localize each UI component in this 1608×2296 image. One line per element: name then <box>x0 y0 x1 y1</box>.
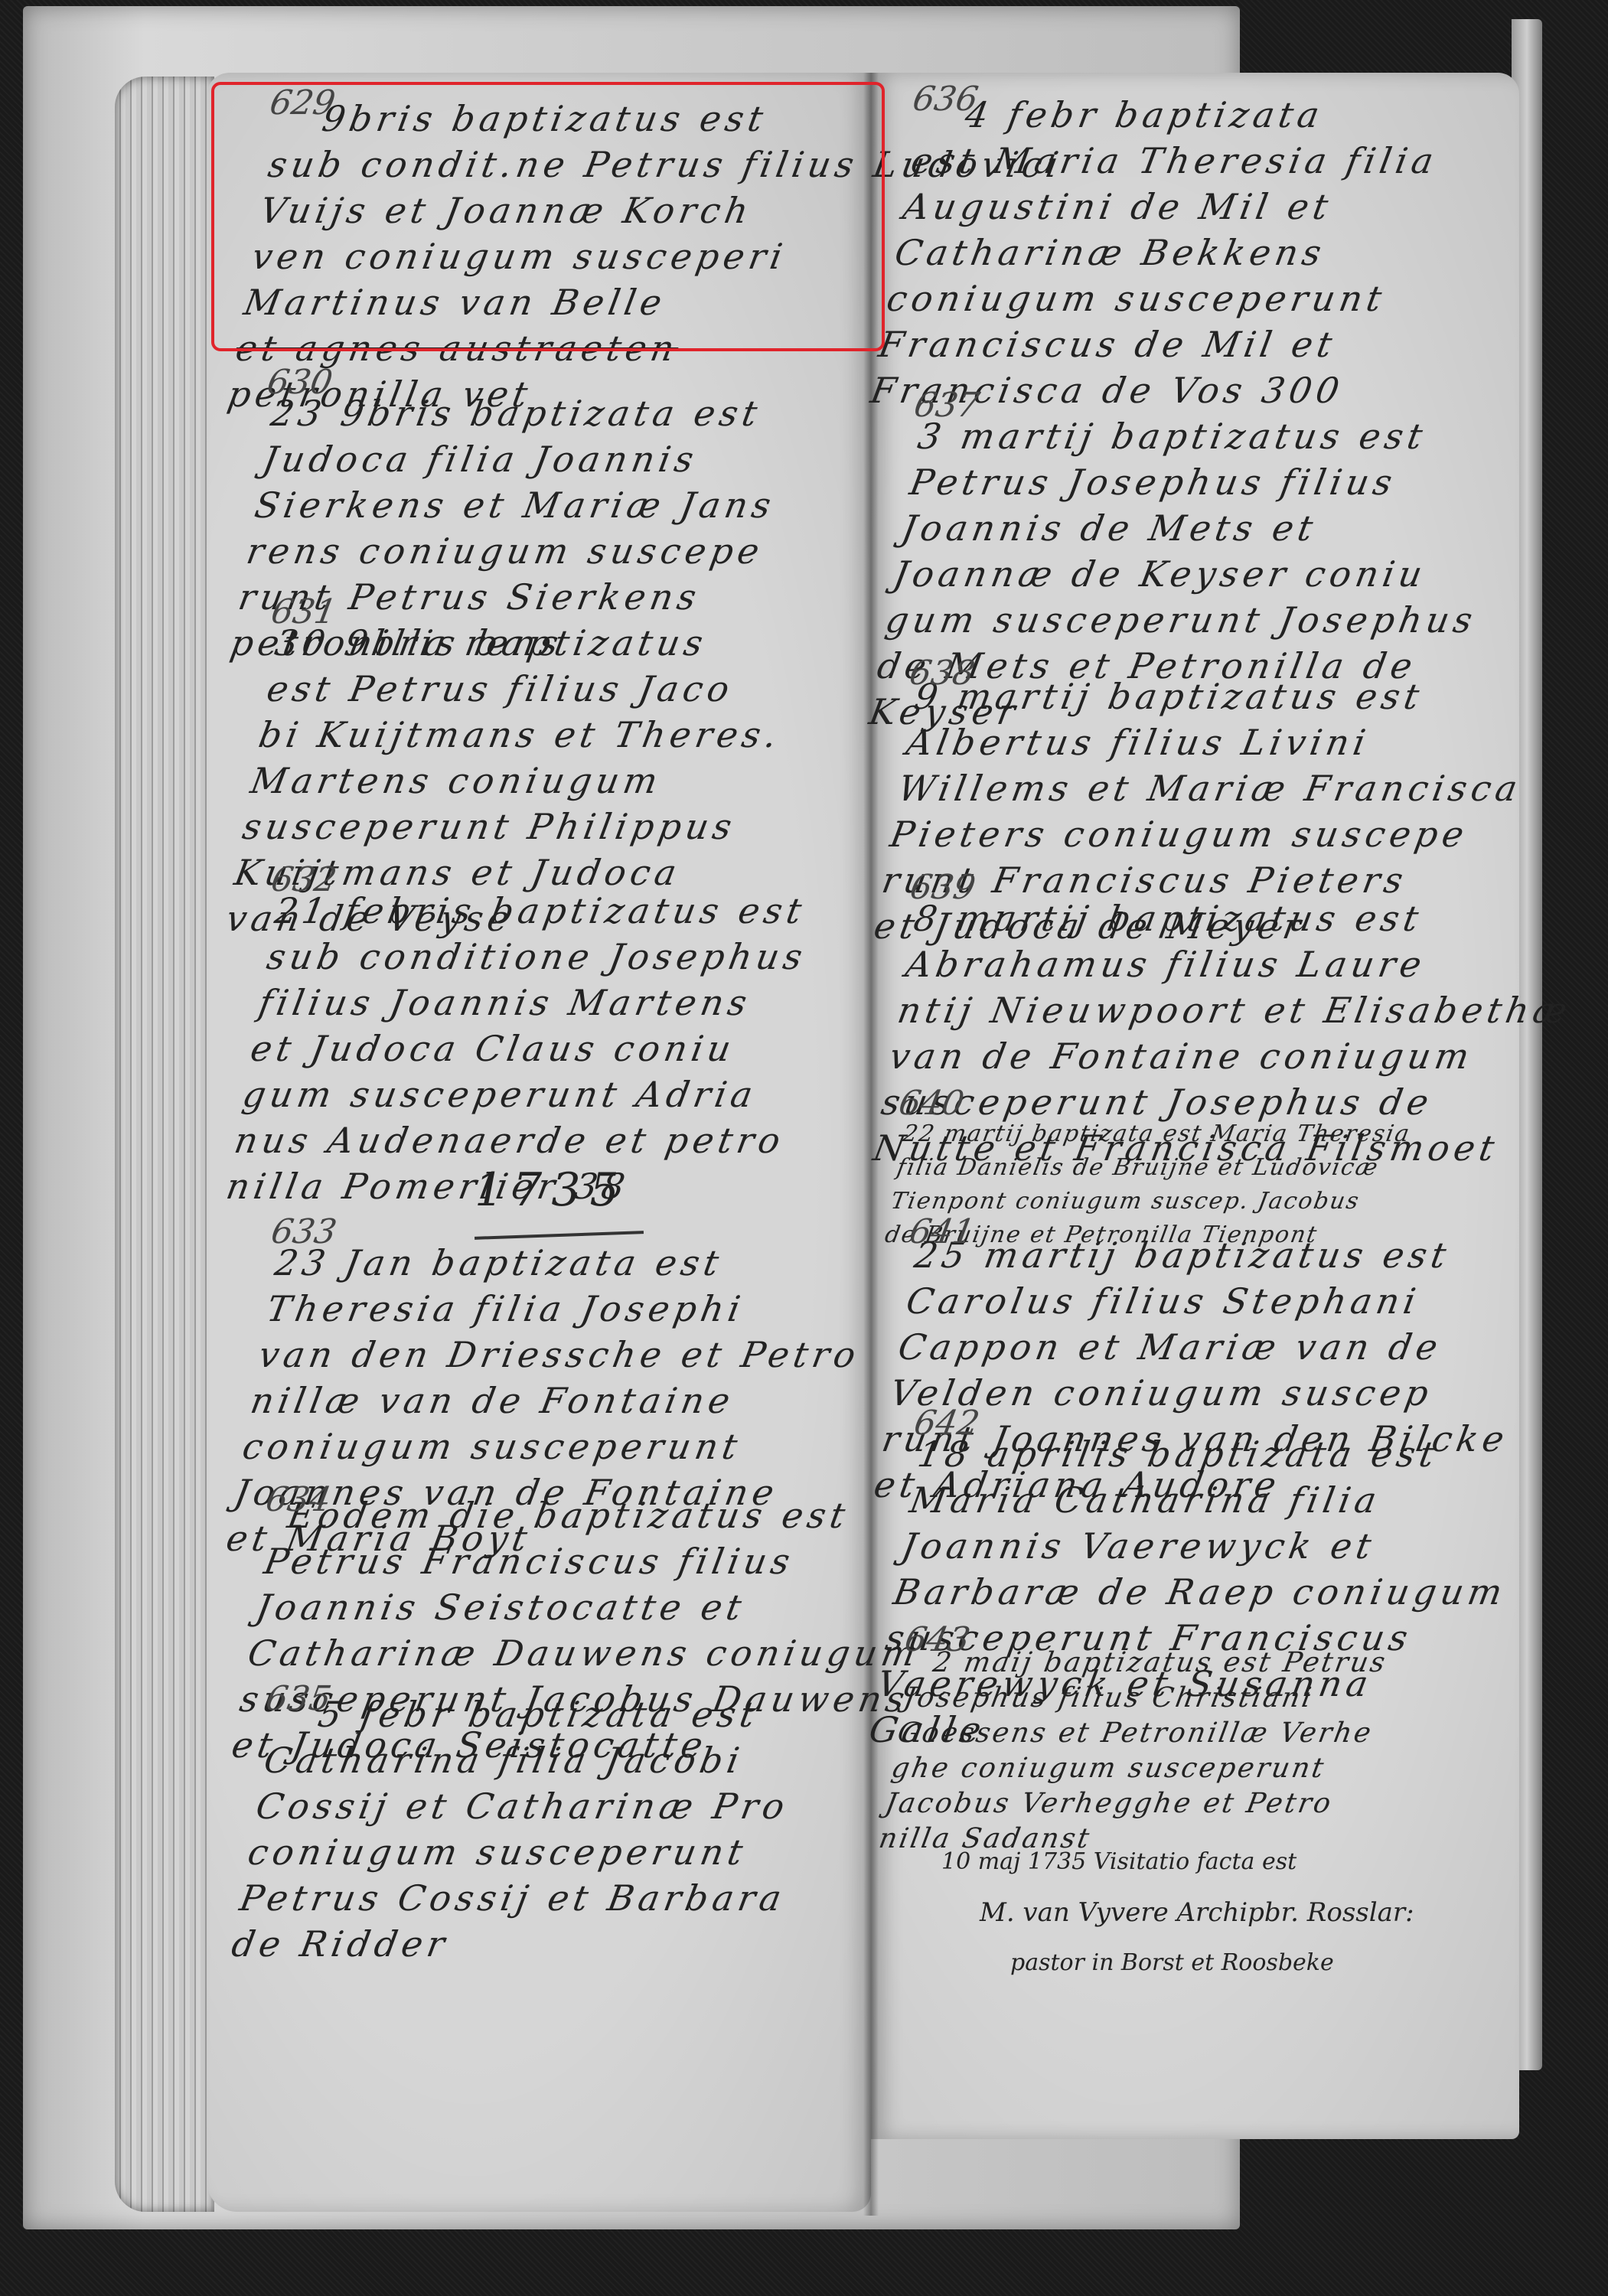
entry-line: et Judoca Claus coniu <box>247 1026 804 1071</box>
entry-line: Petrus Franciscus filius <box>261 1538 940 1584</box>
entry-line: Goessens et Petronillæ Verhe <box>895 1716 1378 1751</box>
entry-line: Cappon et Mariæ van de <box>895 1324 1528 1370</box>
entry-line: Theresia filia Josephi <box>263 1286 872 1332</box>
entry-line: Eodem die baptizatus est <box>269 1492 948 1538</box>
entry-line: 23 9bris baptizata est <box>267 390 794 436</box>
entry-line: 8 martij baptizatus est <box>910 895 1591 941</box>
entry-line: filius Joannis Martens <box>256 980 813 1026</box>
entry-line: 3 martij baptizatus est <box>915 413 1513 459</box>
visitation-title: pastor in Borst et Roosbeke <box>941 1938 1414 1988</box>
entry-line: Jacobus Verhegghe et Petro <box>882 1786 1365 1821</box>
entry-line: Martens coniugum <box>247 758 777 804</box>
entry-line: van den Driessche et Petro <box>256 1332 864 1378</box>
year-heading: 1735 <box>475 1163 628 1217</box>
page-stack-edges <box>115 77 214 2212</box>
entry-line: Judoca filia Joannis <box>259 436 787 482</box>
entry-line: Cossij et Catharinæ Pro <box>253 1783 806 1829</box>
visitation-signature: M. van Vyvere Archipbr. Rosslar: <box>941 1887 1414 1938</box>
entry-line: filia Danielis de Bruijne et Ludovicæ <box>894 1151 1407 1185</box>
entry-line: Catharinæ Dauwens coniugum <box>244 1630 923 1676</box>
entry-line: Joannis Seistocatte et <box>253 1584 931 1630</box>
entry-line: 23 Jan baptizata est <box>272 1240 880 1286</box>
entry-line: Velden coniugum suscep <box>887 1370 1521 1416</box>
entry-line: rens coniugum suscepe <box>243 528 771 574</box>
entry-line: 18 aprilis baptizata est <box>915 1431 1535 1477</box>
entry-line: Willems et Mariæ Francisca <box>895 765 1525 811</box>
entry-number: 636 <box>909 77 982 122</box>
entry-number: 634 <box>263 1477 335 1523</box>
entry-line: 30 9bris baptizatus <box>272 620 801 666</box>
entry-line: Franciscus de Mil et <box>876 321 1409 367</box>
entry-number: 630 <box>263 360 336 406</box>
entry-line: 21 febris baptizatus est <box>272 888 829 934</box>
entry-line: gum susceperunt Josephus <box>882 597 1480 643</box>
entry-number: 633 <box>268 1209 341 1255</box>
entry-line: est Maria Theresia filia <box>908 138 1441 184</box>
entry-line: 4 febr baptizata <box>915 92 1449 138</box>
entry-line: Barbaræ de Raep coniugum <box>890 1569 1510 1615</box>
entry-line: est Petrus filius Jaco <box>263 666 793 712</box>
entry-number: 629 <box>266 80 339 126</box>
entry-line: 5 febr baptizata est <box>269 1691 822 1737</box>
entry-line: de Ridder <box>228 1921 781 1967</box>
entry-line: van de Fontaine coniugum <box>886 1033 1567 1079</box>
entry-line: Catharinæ Bekkens <box>892 230 1425 276</box>
entry-line: bi Kuijtmans et Theres. <box>256 712 785 758</box>
register-entry: 635 5 febr baptizata est Catharina filia… <box>228 1691 821 1967</box>
entry-line: Petrus Josephus filius <box>906 459 1505 505</box>
register-entry: 643 2 maij baptizatus est Petrus Josephu… <box>876 1638 1391 1857</box>
entry-line: 2 maij baptizatus est Petrus <box>907 1645 1390 1681</box>
entry-line: Abrahamus filius Laure <box>902 941 1584 987</box>
entry-line: sub conditione Josephus <box>263 934 820 980</box>
entry-line: ntij Nieuwpoort et Elisabethæ <box>894 987 1575 1033</box>
entry-number: 643 <box>902 1623 973 1658</box>
register-entry: 636 4 febr baptizata est Maria Theresia … <box>867 92 1450 413</box>
entry-line: Carolus filius Stephani <box>903 1278 1537 1324</box>
entry-line: Petrus Cossij et Barbara <box>236 1875 790 1921</box>
visitation-note: 10 maj 1735 Visitatio facta est M. van V… <box>941 1837 1414 1988</box>
entry-line: nus Audenaerde et petro <box>231 1117 788 1163</box>
entry-line: Maria Catharina filia <box>906 1477 1526 1523</box>
entry-number: 632 <box>268 857 341 903</box>
entry-number: 638 <box>906 651 979 696</box>
entry-line: coniugum susceperunt <box>883 276 1417 321</box>
entry-line: Josephus filius Christiani <box>901 1681 1384 1716</box>
entry-number: 635 <box>263 1676 335 1722</box>
entry-line: Joannæ de Keyser coniu <box>890 551 1489 597</box>
entry-number: 642 <box>911 1401 983 1446</box>
entry-line: ghe coniugum susceperunt <box>889 1751 1372 1786</box>
register-entry: 632 21 febris baptizatus est sub conditi… <box>223 872 831 1209</box>
entry-line: nillæ van de Fontaine <box>247 1378 856 1424</box>
visitation-text: 10 maj 1735 Visitatio facta est <box>941 1848 1297 1875</box>
entry-line: Joannis de Mets et <box>899 505 1497 551</box>
entry-line: Pieters coniugum suscepe <box>887 811 1518 857</box>
entry-line: coniugum susceperunt <box>244 1829 797 1875</box>
entry-line: Catharina filia Jacobi <box>261 1737 814 1783</box>
entry-number: 641 <box>906 1209 979 1255</box>
entry-line: Albertus filius Livini <box>903 719 1534 765</box>
entry-number: 637 <box>911 383 983 429</box>
entry-line: Augustini de Mil et <box>899 184 1433 230</box>
entry-line: Sierkens et Mariæ Jans <box>251 482 778 528</box>
entry-line: 25 martij baptizatus est <box>911 1232 1544 1278</box>
entry-line: gum susceperunt Adria <box>239 1071 796 1117</box>
entry-line: Joannis Vaerewyck et <box>899 1523 1518 1569</box>
entry-line: 22 martij baptizata est Maria Theresia <box>900 1117 1414 1151</box>
entry-number: 640 <box>896 1087 967 1120</box>
entry-line: 9 martij baptizatus est <box>911 673 1541 719</box>
entry-number: 631 <box>268 589 341 635</box>
entry-number: 639 <box>906 865 979 911</box>
entry-line: coniugum susceperunt <box>239 1424 847 1469</box>
entry-line: susceperunt Philippus <box>239 804 768 850</box>
